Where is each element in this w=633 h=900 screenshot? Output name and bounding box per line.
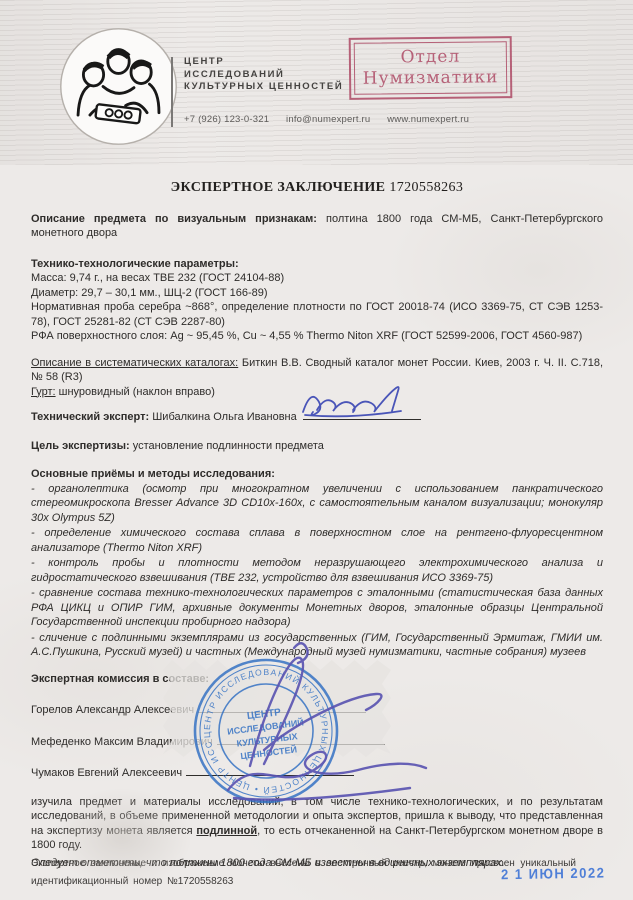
- commission-signatures-ink: [198, 638, 438, 813]
- purpose-label: Цель экспертизы:: [31, 440, 130, 452]
- header-contacts: +7 (926) 123-0-321 info@numexpert.ru www…: [184, 114, 483, 125]
- org-name-line: КУЛЬТУРНЫХ ЦЕННОСТЕЙ: [184, 81, 343, 94]
- edge-text: шнуровидный (наклон вправо): [56, 386, 215, 398]
- param-xrf: РФА поверхностного слоя: Ag ~ 95,45 %, C…: [31, 329, 603, 344]
- org-name-line: ИССЛЕДОВАНИЙ: [184, 69, 343, 82]
- numismatics-dept-stamp: Отдел Нумизматики: [349, 36, 513, 100]
- center-logo-icon: [59, 27, 178, 146]
- title-number: 1720558263: [389, 180, 463, 195]
- expert-signature-line: [303, 409, 421, 420]
- param-diameter: Диаметр: 29,7 – 30,1 мм., ШЦ-2 (ГОСТ 166…: [31, 286, 603, 301]
- title-label: ЭКСПЕРТНОЕ ЗАКЛЮЧЕНИЕ: [171, 180, 386, 195]
- dept-stamp-line2: Нумизматики: [363, 67, 499, 89]
- methods-heading: Основные приёмы и методы исследования:: [31, 467, 603, 482]
- phone-number: +7 (926) 123-0-321: [184, 114, 269, 125]
- technical-expert-row: Технический эксперт: Шибалкина Ольга Ива…: [31, 409, 603, 425]
- tech-params-heading: Технико-технологические параметры:: [31, 257, 603, 272]
- org-name: ЦЕНТР ИССЛЕДОВАНИЙ КУЛЬТУРНЫХ ЦЕННОСТЕЙ: [184, 56, 343, 94]
- purpose-text: установление подлинности предмета: [130, 440, 324, 452]
- method-item: - определение химического состава сплава…: [31, 526, 603, 555]
- method-item: - контроль пробы и плотности методом нер…: [31, 556, 603, 585]
- catalog-label: Описание в систематических каталогах:: [31, 357, 238, 369]
- purpose-line: Цель экспертизы: установление подлинност…: [31, 439, 603, 454]
- member-name: Чумаков Евгений Алексеевич: [31, 767, 182, 779]
- expert-signature-ink: [295, 382, 415, 420]
- email-address[interactable]: info@numexpert.ru: [286, 114, 370, 125]
- param-fineness: Нормативная проба серебра ~868°, определ…: [31, 300, 603, 329]
- registry-footer-text: Экспертное заключение и изображение моне…: [31, 855, 576, 891]
- method-item: - сравнение состава технико-технологичес…: [31, 586, 603, 630]
- expert-label: Технический эксперт:: [31, 411, 149, 423]
- expert-name: Шибалкина Ольга Ивановна: [149, 411, 297, 423]
- conclusion-emphasis: подлинной: [196, 825, 257, 837]
- dept-stamp-line1: Отдел: [400, 47, 460, 69]
- visual-description-paragraph: Описание предмета по визуальным признака…: [31, 212, 603, 241]
- org-name-line: ЦЕНТР: [184, 56, 343, 69]
- catalog-paragraph: Описание в систематических каталогах: Би…: [31, 356, 603, 385]
- document-title: ЭКСПЕРТНОЕ ЗАКЛЮЧЕНИЕ 1720558263: [31, 181, 603, 196]
- edge-label: Гурт:: [31, 386, 56, 398]
- date-stamp: 2 1 ИЮН 2022: [501, 864, 606, 882]
- method-item: - органолептика (осмотр при многократном…: [31, 482, 603, 526]
- visual-description-label: Описание предмета по визуальным признака…: [31, 213, 317, 225]
- website-url[interactable]: www.numexpert.ru: [387, 114, 469, 125]
- expert-report-page: ЦЕНТР ИССЛЕДОВАНИЙ КУЛЬТУРНЫХ ЦЕННОСТЕЙ …: [0, 0, 633, 900]
- header-divider: [171, 57, 173, 127]
- param-mass: Масса: 9,74 г., на весах ТВЕ 232 (ГОСТ 2…: [31, 271, 603, 286]
